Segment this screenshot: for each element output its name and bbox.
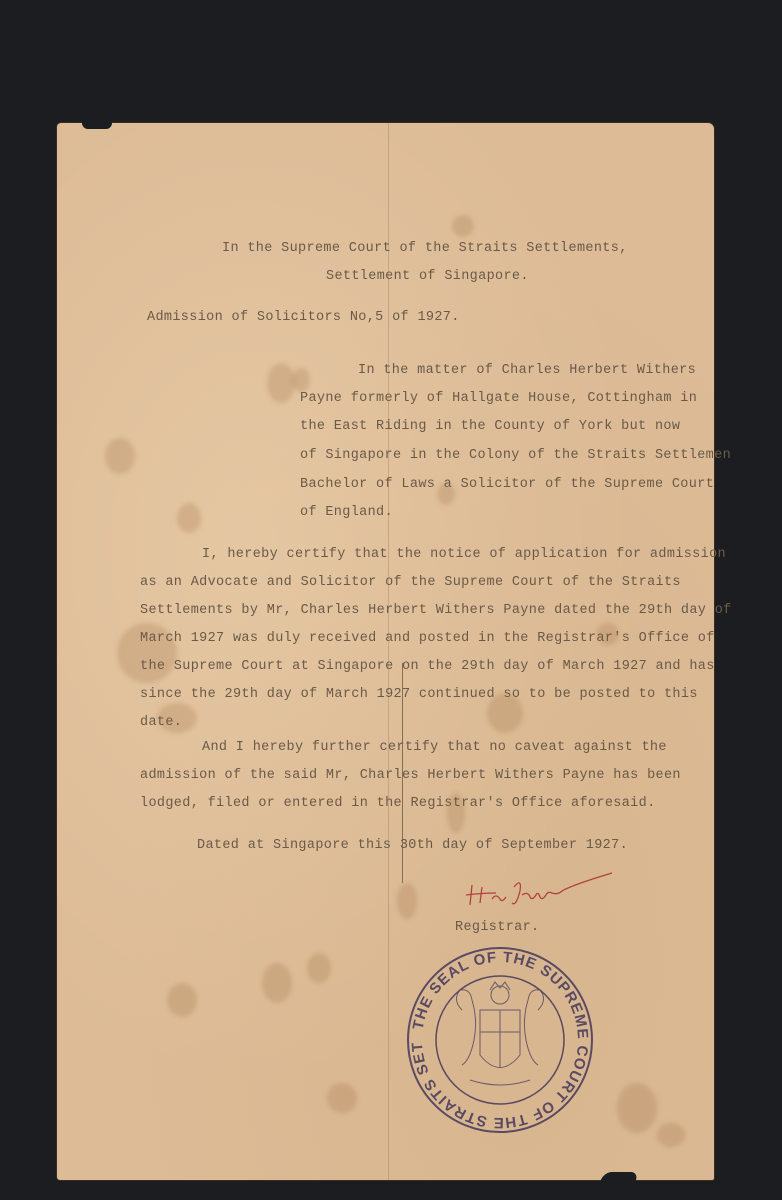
paper-tear-top bbox=[82, 121, 112, 129]
matter-line: the East Riding in the County of York bu… bbox=[300, 419, 680, 435]
settlement-heading: Settlement of Singapore. bbox=[326, 269, 529, 285]
court-heading: In the Supreme Court of the Straits Sett… bbox=[222, 241, 628, 257]
stain bbox=[262, 963, 292, 1003]
stain bbox=[452, 215, 474, 237]
matter-line: of Singapore in the Colony of the Strait… bbox=[300, 448, 731, 464]
court-seal: THE SEAL OF THE SUPREME COURT OF THE STR… bbox=[400, 940, 600, 1140]
registrar-signature bbox=[462, 863, 622, 913]
admission-reference: Admission of Solicitors No,5 of 1927. bbox=[147, 310, 460, 326]
further-certification-line: lodged, filed or entered in the Registra… bbox=[140, 796, 656, 812]
certification-line: I, hereby certify that the notice of app… bbox=[202, 547, 726, 563]
stain bbox=[397, 883, 417, 919]
certification-line: as an Advocate and Solicitor of the Supr… bbox=[140, 575, 681, 591]
further-certification-line: admission of the said Mr, Charles Herber… bbox=[140, 768, 681, 784]
further-certification-line: And I hereby further certify that no cav… bbox=[202, 740, 667, 756]
matter-line: Payne formerly of Hallgate House, Cottin… bbox=[300, 391, 697, 407]
stain bbox=[267, 363, 295, 403]
certification-line: the Supreme Court at Singapore on the 29… bbox=[140, 659, 715, 675]
certification-line: since the 29th day of March 1927 continu… bbox=[140, 687, 698, 703]
dated-line: Dated at Singapore this 30th day of Sept… bbox=[197, 838, 628, 854]
stain bbox=[327, 1083, 357, 1113]
certification-line: Settlements by Mr, Charles Herbert Withe… bbox=[140, 603, 732, 619]
stain bbox=[292, 368, 310, 392]
stain bbox=[105, 438, 135, 474]
stain bbox=[167, 983, 197, 1017]
matter-line: of England. bbox=[300, 505, 393, 521]
stain bbox=[617, 1083, 657, 1133]
certification-line: date. bbox=[140, 715, 182, 731]
paper-tear-bottom bbox=[600, 1172, 639, 1182]
svg-text:THE SEAL OF THE SUPREME COURT: THE SEAL OF THE SUPREME COURT OF THE STR… bbox=[400, 940, 591, 1131]
matter-line: Bachelor of Laws a Solicitor of the Supr… bbox=[300, 477, 714, 493]
matter-line: In the matter of Charles Herbert Withers bbox=[358, 363, 696, 379]
certification-line: March 1927 was duly received and posted … bbox=[140, 631, 715, 647]
registrar-title: Registrar. bbox=[455, 920, 540, 936]
stain bbox=[307, 953, 331, 983]
document-page: In the Supreme Court of the Straits Sett… bbox=[57, 123, 714, 1180]
stain bbox=[657, 1123, 685, 1147]
stain bbox=[177, 503, 201, 533]
